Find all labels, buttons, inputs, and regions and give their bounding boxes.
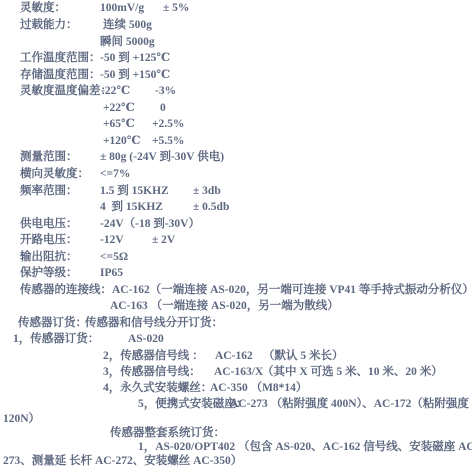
sensor-spec-document: 灵敏度： 100mV/g ± 5% 过载能力： 连续 500g 瞬间 5000g…: [0, 0, 472, 467]
system-ordering-heading: 传感器整套系统订货：: [110, 427, 225, 440]
system-ordering-item1-line1: 1，AS-020/OPT402 （包含 AS-020、AC-162 信号线、安装…: [138, 441, 472, 454]
system-ordering-item1-line2: 273、测量延 长杆 AC-272、安装螺丝 AC-350）: [3, 455, 242, 467]
sensitivity-value: 100mV/g: [100, 2, 144, 15]
temp-deviation-temp-1: -22℃: [101, 85, 130, 98]
ordering-item1-label: 1，传感器订货：: [13, 333, 99, 346]
measurement-range-label: 测量范围：: [20, 151, 78, 164]
temp-deviation-temp-4: +120℃: [103, 135, 141, 148]
temp-deviation-dev-1: -3%: [155, 85, 176, 98]
supply-voltage-value: -24V（-18 到-30V）: [100, 218, 200, 231]
transverse-sensitivity-label: 横向灵敏度：: [20, 168, 89, 181]
temp-deviation-temp-2: +22℃: [103, 102, 135, 115]
overload-label: 过载能力：: [20, 19, 78, 32]
operating-temp-label: 工作温度范围：: [20, 52, 101, 65]
ordering-item5-wrap: 120N）: [3, 413, 40, 426]
open-circuit-voltage-tolerance: ± 2V: [152, 234, 175, 247]
transverse-sensitivity-value: <=7%: [100, 168, 130, 181]
ordering-item4-label: 4，永久式安装螺丝：: [103, 382, 212, 395]
frequency-range-2: 4 到 15KHZ: [100, 201, 163, 214]
ordering-heading-value: 传感器和信号线分开订货：: [85, 317, 223, 330]
ordering-heading-label: 传感器订货：: [18, 317, 87, 330]
open-circuit-voltage-value: -12V: [100, 234, 124, 247]
ordering-item2-label: 2，传感器信号线 ：: [103, 350, 204, 363]
temp-deviation-dev-3: +2.5%: [152, 118, 184, 131]
ordering-item3-label: 3，传感器信号线：: [103, 366, 201, 379]
sensor-cable-line2: AC-163 （一端连接 AS-020，另一端为散线）: [110, 300, 339, 313]
ordering-item3-model: AC-163/X: [214, 366, 263, 379]
frequency-range-1: 1.5 到 15KHZ: [100, 185, 169, 198]
sensitivity-tolerance: ± 5%: [163, 2, 189, 15]
measurement-range-value: ± 80g (-24V 到-30V 供电): [100, 151, 224, 164]
temp-deviation-dev-4: +5.5%: [152, 135, 184, 148]
operating-temp-value: -50 到 +125℃: [100, 52, 170, 65]
open-circuit-voltage-label: 开路电压：: [20, 234, 78, 247]
temp-deviation-temp-3: +65℃: [103, 118, 135, 131]
temp-deviation-label: 灵敏度温度偏差：: [20, 85, 112, 98]
storage-temp-value: -50 到 +150℃: [100, 69, 170, 82]
ordering-item3-note: （其中 X 可选 5 米、10 米、20 米）: [262, 366, 443, 379]
sensor-cable-label: 传感器的连接线：: [20, 284, 112, 297]
output-impedance-value: <=5Ω: [100, 251, 128, 264]
sensor-cable-line1: AC-162（一端连接 AS-020，另一端可连接 VP41 等手持式振动分析仪…: [112, 284, 472, 297]
ordering-item5-model: AC-273 （粘附强度 400N）、AC-172（粘附强度: [230, 398, 469, 411]
output-impedance-label: 输出阻抗：: [20, 251, 78, 264]
protection-rating-label: 保护等级：: [20, 267, 78, 280]
frequency-range-2-tolerance: ± 0.5db: [193, 201, 229, 214]
storage-temp-label: 存储温度范围：: [20, 69, 101, 82]
ordering-item2-model: AC-162: [215, 350, 253, 363]
ordering-item1-value: AS-020: [128, 333, 164, 346]
overload-instant: 瞬间 5000g: [100, 36, 155, 49]
ordering-item4-model: AC-350 （M8*14）: [210, 382, 307, 395]
supply-voltage-label: 供电电压：: [20, 218, 78, 231]
temp-deviation-dev-2: 0: [160, 102, 166, 115]
sensitivity-label: 灵敏度：: [20, 2, 66, 15]
overload-continuous: 连续 500g: [103, 19, 152, 32]
frequency-range-label: 频率范围：: [20, 185, 78, 198]
protection-rating-value: IP65: [100, 267, 123, 280]
frequency-range-1-tolerance: ± 3db: [193, 185, 221, 198]
ordering-item2-note: （默认 5 米长）: [263, 350, 344, 363]
